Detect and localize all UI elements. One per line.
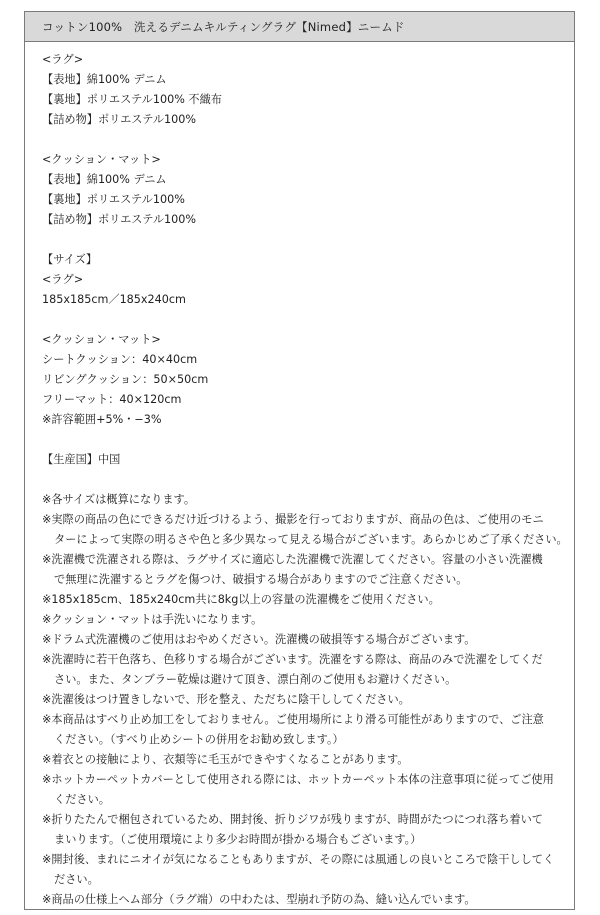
note-item: ※ホットカーペットカバーとして使用される際には、ホットカーペット本体の注意事項に… (42, 770, 564, 790)
spec-line: <クッション・マット> (42, 150, 564, 170)
spec-body: <ラグ>【表地】綿100% デニム【裏地】ポリエステル100% 不織布【詰め物】… (25, 42, 574, 910)
spec-section: 【生産国】中国 (42, 450, 564, 470)
note-item: ※実際の商品の色にできるだけ近づけるよう、撮影を行っておりますが、商品の色は、ご… (42, 510, 564, 530)
note-item: ※クッション・マットは手洗いになります。 (42, 610, 564, 630)
spec-section: <ラグ>【表地】綿100% デニム【裏地】ポリエステル100% 不織布【詰め物】… (42, 50, 564, 130)
spec-line: <クッション・マット> (42, 330, 564, 350)
section-spacer (42, 130, 564, 150)
note-item: ※本商品はすべり止め加工をしておりません。ご使用場所により滑る可能性がありますの… (42, 710, 564, 730)
spec-section: 【サイズ】<ラグ>185x185cm／185x240cm (42, 250, 564, 310)
note-item: ※各サイズは概算になります。 (42, 490, 564, 510)
note-continuation: ください。（すべり止めシートの併用をお勧め致します。） (42, 730, 564, 750)
note-item: ※着衣との接触により、衣類等に毛玉ができやすくなることがあります。 (42, 750, 564, 770)
note-continuation: ください。 (42, 790, 564, 810)
note-item: ※開封後、まれにニオイが気になることもありますが、その際には風通しの良いところで… (42, 850, 564, 870)
spec-line: <ラグ> (42, 50, 564, 70)
note-item: ※洗濯時に若干色落ち、色移りする場合がございます。洗濯をする際は、商品のみで洗濯… (42, 650, 564, 670)
spec-table: コットン100% 洗えるデニムキルティングラグ【Nimed】ニームド <ラグ>【… (24, 11, 575, 910)
section-spacer (42, 230, 564, 250)
spec-line: 185x185cm／185x240cm (42, 290, 564, 310)
note-item: ※洗濯後はつけ置きしないで、形を整え、ただちに陰干ししてください。 (42, 690, 564, 710)
care-notes: ※各サイズは概算になります。※実際の商品の色にできるだけ近づけるよう、撮影を行っ… (42, 490, 564, 910)
spec-line: 【裏地】ポリエステル100% 不織布 (42, 90, 564, 110)
spec-line: 【生産国】中国 (42, 450, 564, 470)
section-spacer (42, 310, 564, 330)
spec-section: <クッション・マット>【表地】綿100% デニム【裏地】ポリエステル100%【詰… (42, 150, 564, 230)
note-continuation: さい。また、タンブラー乾燥は避けて頂き、漂白剤のご使用もお避けください。 (42, 670, 564, 690)
spec-line: 【詰め物】ポリエステル100% (42, 210, 564, 230)
section-spacer (42, 430, 564, 450)
note-item: ※185x185cm、185x240cm共に8kg以上の容量の洗濯機をご使用くだ… (42, 590, 564, 610)
spec-line: 【サイズ】 (42, 250, 564, 270)
note-item: ※折りたたんで梱包されているため、開封後、折りジワが残りますが、時間がたつにつれ… (42, 810, 564, 830)
note-item: ※ドラム式洗濯機のご使用はおやめください。洗濯機の破損等する場合がございます。 (42, 630, 564, 650)
note-continuation: まいります。（ご使用環境により多少お時間が掛かる場合もございます。） (42, 830, 564, 850)
spec-line: 【詰め物】ポリエステル100% (42, 110, 564, 130)
spec-line: フリーマット：40×120cm (42, 390, 564, 410)
spec-line: リビングクッション：50×50cm (42, 370, 564, 390)
note-continuation: ターによって実際の明るさや色と多少異なって見える場合がございます。あらかじめご了… (42, 530, 564, 550)
note-item: ※商品の仕様上ヘム部分（ラグ端）の中わたは、型崩れ予防の為、縫い込んでいます。 (42, 890, 564, 910)
product-title: コットン100% 洗えるデニムキルティングラグ【Nimed】ニームド (42, 19, 405, 35)
spec-section: <クッション・マット>シートクッション：40×40cmリビングクッション：50×… (42, 330, 564, 430)
spec-line: 【表地】綿100% デニム (42, 170, 564, 190)
spec-line: ※許容範囲+5%・−3% (42, 410, 564, 430)
note-continuation: で無理に洗濯するとラグを傷つけ、破損する場合がありますのでご注意ください。 (42, 570, 564, 590)
product-title-header: コットン100% 洗えるデニムキルティングラグ【Nimed】ニームド (25, 12, 574, 42)
spec-sections: <ラグ>【表地】綿100% デニム【裏地】ポリエステル100% 不織布【詰め物】… (42, 50, 564, 490)
note-continuation: ださい。 (42, 870, 564, 890)
section-spacer (42, 470, 564, 490)
spec-line: 【表地】綿100% デニム (42, 70, 564, 90)
spec-line: 【裏地】ポリエステル100% (42, 190, 564, 210)
note-item: ※洗濯機で洗濯される際は、ラグサイズに適応した洗濯機で洗濯してください。容量の小… (42, 550, 564, 570)
spec-line: シートクッション：40×40cm (42, 350, 564, 370)
spec-line: <ラグ> (42, 270, 564, 290)
